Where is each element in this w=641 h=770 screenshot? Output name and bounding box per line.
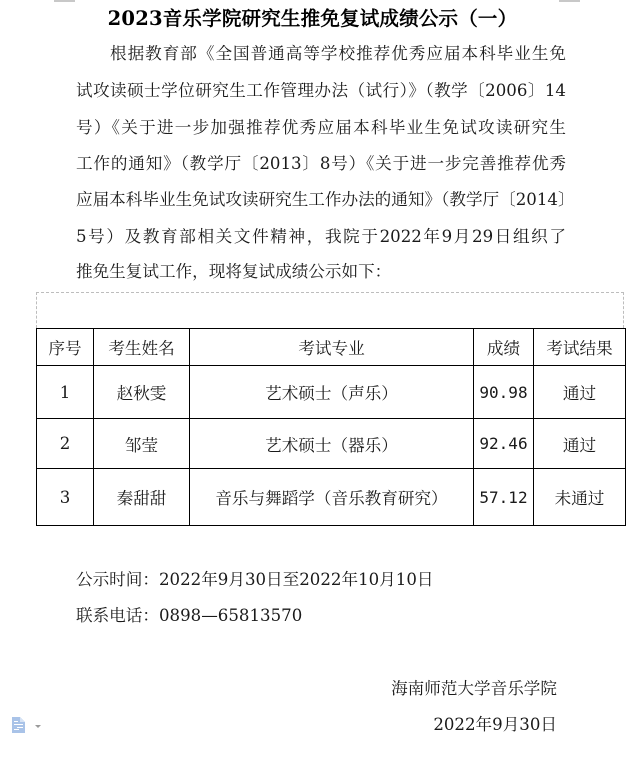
paste-options-button[interactable]: [10, 714, 50, 736]
body-paragraph-line: 号）《关于进一步加强推荐优秀应届本科毕业生免试攻读研究生: [76, 116, 566, 140]
document-title: 2023音乐学院研究生推免复试成绩公示（一）: [0, 6, 641, 32]
cell-score: 92.46: [474, 419, 534, 469]
results-table: 序号 考生姓名 考试专业 成绩 考试结果 1 赵秋雯 艺术硕士（声乐） 90.9…: [36, 328, 626, 526]
body-paragraph-line: 应届本科毕业生免试攻读研究生工作办法的通知》（教学厅〔2014〕: [76, 188, 566, 212]
cell-score: 90.98: [474, 366, 534, 419]
body-paragraph-line: 试攻读硕士学位研究生工作管理办法（试行）》（教学〔2006〕14: [76, 79, 566, 103]
header-cell-result: 考试结果: [534, 329, 626, 366]
header-cell-name: 考生姓名: [94, 329, 190, 366]
page-corner-mark-right: [559, 0, 580, 2]
table-header-row: 序号 考生姓名 考试专业 成绩 考试结果: [37, 329, 626, 366]
body-paragraph-line: 工作的通知》（教学厅〔2013〕8号）《关于进一步完善推荐优秀: [76, 152, 566, 176]
contact-phone: 联系电话：0898—65813570: [76, 604, 302, 628]
cell-major: 艺术硕士（器乐）: [190, 419, 474, 469]
signature-date: 2022年9月30日: [433, 713, 557, 737]
page-corner-mark-left: [54, 0, 75, 2]
body-paragraph-line: 5号）及教育部相关文件精神，我院于2022年9月29日组织了: [76, 225, 566, 249]
cell-number: 3: [37, 469, 94, 526]
signature-organization: 海南师范大学音乐学院: [391, 677, 557, 701]
empty-text-frame[interactable]: [36, 292, 624, 328]
document-title-text: 2023音乐学院研究生推免复试成绩公示（一）: [108, 7, 518, 30]
paste-options-icon: [12, 717, 25, 733]
dropdown-arrow-icon[interactable]: [35, 725, 41, 728]
cell-score: 57.12: [474, 469, 534, 526]
table-row: 2 邹莹 艺术硕士（器乐） 92.46 通过: [37, 419, 626, 469]
table-row: 1 赵秋雯 艺术硕士（声乐） 90.98 通过: [37, 366, 626, 419]
cell-number: 2: [37, 419, 94, 469]
cell-name: 赵秋雯: [94, 366, 190, 419]
cell-number: 1: [37, 366, 94, 419]
cell-name: 邹莹: [94, 419, 190, 469]
header-cell-major: 考试专业: [190, 329, 474, 366]
publicity-period: 公示时间：2022年9月30日至2022年10月10日: [76, 568, 434, 592]
cell-major: 音乐与舞蹈学（音乐教育研究）: [190, 469, 474, 526]
cell-result: 通过: [534, 419, 626, 469]
cell-result: 未通过: [534, 469, 626, 526]
cell-name: 秦甜甜: [94, 469, 190, 526]
cell-result: 通过: [534, 366, 626, 419]
cell-major: 艺术硕士（声乐）: [190, 366, 474, 419]
body-paragraph-line: 根据教育部《全国普通高等学校推荐优秀应届本科毕业生免: [110, 42, 566, 66]
header-cell-score: 成绩: [474, 329, 534, 366]
table-row: 3 秦甜甜 音乐与舞蹈学（音乐教育研究） 57.12 未通过: [37, 469, 626, 526]
header-cell-number: 序号: [37, 329, 94, 366]
body-paragraph-line: 推免生复试工作，现将复试成绩公示如下：: [76, 260, 566, 284]
